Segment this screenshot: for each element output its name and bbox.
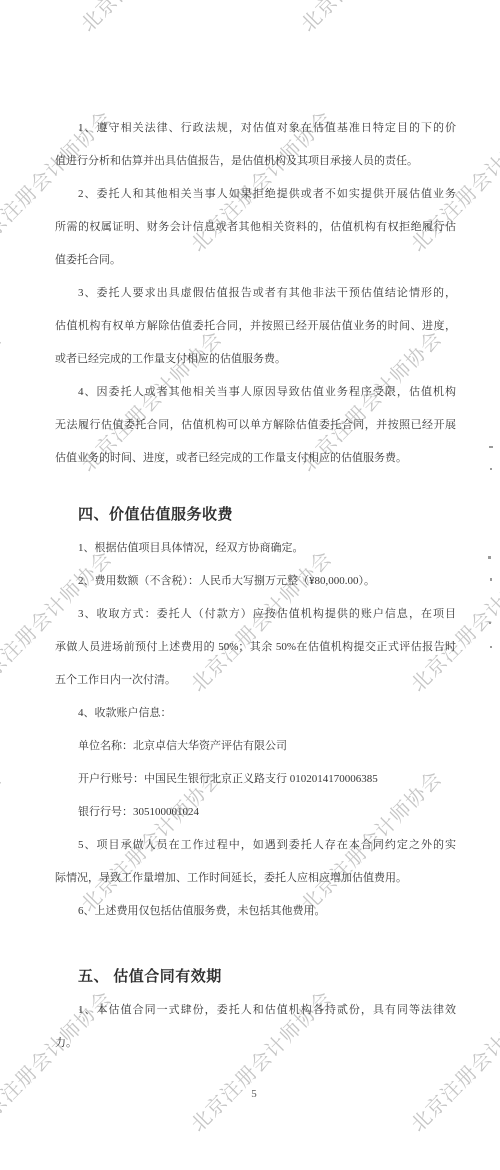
watermark-text: 北京注册会计师协会 (0, 763, 7, 917)
section-heading: 五、 估值合同有效期 (55, 961, 456, 994)
paragraph: 银行行号：305100001024 (55, 796, 456, 829)
document-line: 五、 估值合同有效期 (55, 961, 456, 994)
paragraph: 2、委托人和其他相关当事人如果拒绝提供或者不如实提供开展估值业务所需的权属证明、… (55, 178, 456, 277)
paragraph: 开户行账号：中国民生银行北京正义路支行 0102014170006385 (55, 763, 456, 796)
paragraph: 1、本估值合同一式肆份，委托人和估值机构各持贰份，具有同等法律效力。 (55, 994, 456, 1060)
document-line: 值委托合同。 (55, 244, 456, 277)
document-content: 1、遵守相关法律、行政法规，对估值对象在估值基准日特定目的下的价值进行分析和估算… (55, 112, 456, 1060)
document-line: 银行行号：305100001024 (55, 796, 456, 829)
document-page: 北京注册会计师协会北京注册会计师协会北京注册会计师协会北京注册会计师协会北京注册… (0, 0, 500, 1170)
paragraph: 4、收款账户信息： (55, 697, 456, 730)
document-line: 4、因委托人或者其他相关当事人原因导致估值业务程序受限，估值机构 (55, 376, 456, 409)
watermark-text: 北京注册会计师协会 (73, 0, 227, 37)
document-line: 所需的权属证明、财务会计信息或者其他相关资料的，估值机构有权拒绝履行估 (55, 211, 456, 244)
paragraph: 4、因委托人或者其他相关当事人原因导致估值业务程序受限，估值机构无法履行估值委托… (55, 376, 456, 475)
watermark-text: 北京注册会计师协会 (0, 0, 7, 37)
scan-artifact (489, 622, 491, 624)
document-line: 承做人员进场前预付上述费用的 50%；其余 50%在估值机构提交正式评估报告时 (55, 631, 456, 664)
section-heading: 四、价值估值服务收费 (55, 499, 456, 532)
document-line: 估值业务的时间、进度，或者已经完成的工作量支付相应的估值服务费。 (55, 442, 456, 475)
watermark-text: 北京注册会计师协会 (0, 323, 7, 477)
document-line: 4、收款账户信息： (55, 697, 456, 730)
paragraph: 3、委托人要求出具虚假估值报告或者有其他非法干预估值结论情形的，估值机构有权单方… (55, 277, 456, 376)
document-line: 或者已经完成的工作量支付相应的估值服务费。 (55, 343, 456, 376)
scan-artifact (490, 578, 492, 581)
document-line: 6、上述费用仅包括估值服务费，未包括其他费用。 (55, 895, 456, 928)
paragraph: 3、收取方式：委托人（付款方）应按估值机构提供的账户信息，在项目承做人员进场前预… (55, 598, 456, 697)
paragraph: 5、项目承做人员在工作过程中，如遇到委托人存在本合同约定之外的实际情况，导致工作… (55, 829, 456, 895)
document-line: 1、本估值合同一式肆份，委托人和估值机构各持贰份，具有同等法律效 (55, 994, 456, 1027)
scan-artifact (489, 446, 493, 448)
watermark-text: 北京注册会计师协会 (293, 0, 447, 37)
document-line: 五个工作日内一次付清。 (55, 664, 456, 697)
document-line: 单位名称：北京卓信大华资产评估有限公司 (55, 730, 456, 763)
document-line: 3、委托人要求出具虚假估值报告或者有其他非法干预估值结论情形的， (55, 277, 456, 310)
paragraph: 1、遵守相关法律、行政法规，对估值对象在估值基准日特定目的下的价值进行分析和估算… (55, 112, 456, 178)
paragraph: 单位名称：北京卓信大华资产评估有限公司 (55, 730, 456, 763)
document-line: 无法履行估值委托合同，估值机构可以单方解除估值委托合同，并按照已经开展 (55, 409, 456, 442)
document-line: 5、项目承做人员在工作过程中，如遇到委托人存在本合同约定之外的实 (55, 829, 456, 862)
scan-artifact (490, 646, 492, 648)
document-line: 值进行分析和估算并出具估值报告，是估值机构及其项目承接人员的责任。 (55, 145, 456, 178)
document-line: 开户行账号：中国民生银行北京正义路支行 0102014170006385 (55, 763, 456, 796)
document-line: 力。 (55, 1027, 456, 1060)
scan-artifact (488, 556, 491, 559)
paragraph: 2、费用数额（不含税）：人民币大写捌万元整（¥80,000.00）。 (55, 565, 456, 598)
document-line: 际情况，导致工作量增加、工作时间延长，委托人应相应增加估值费用。 (55, 862, 456, 895)
document-line: 1、遵守相关法律、行政法规，对估值对象在估值基准日特定目的下的价 (55, 112, 456, 145)
document-line: 2、委托人和其他相关当事人如果拒绝提供或者不如实提供开展估值业务 (55, 178, 456, 211)
document-line: 2、费用数额（不含税）：人民币大写捌万元整（¥80,000.00）。 (55, 565, 456, 598)
document-line: 1、根据估值项目具体情况，经双方协商确定。 (55, 532, 456, 565)
document-line: 四、价值估值服务收费 (55, 499, 456, 532)
page-number: 5 (244, 1088, 264, 1100)
paragraph: 1、根据估值项目具体情况，经双方协商确定。 (55, 532, 456, 565)
document-line: 估值机构有权单方解除估值委托合同，并按照已经开展估值业务的时间、进度， (55, 310, 456, 343)
document-line: 3、收取方式：委托人（付款方）应按估值机构提供的账户信息，在项目 (55, 598, 456, 631)
paragraph: 6、上述费用仅包括估值服务费，未包括其他费用。 (55, 895, 456, 928)
scan-artifact (490, 468, 492, 470)
